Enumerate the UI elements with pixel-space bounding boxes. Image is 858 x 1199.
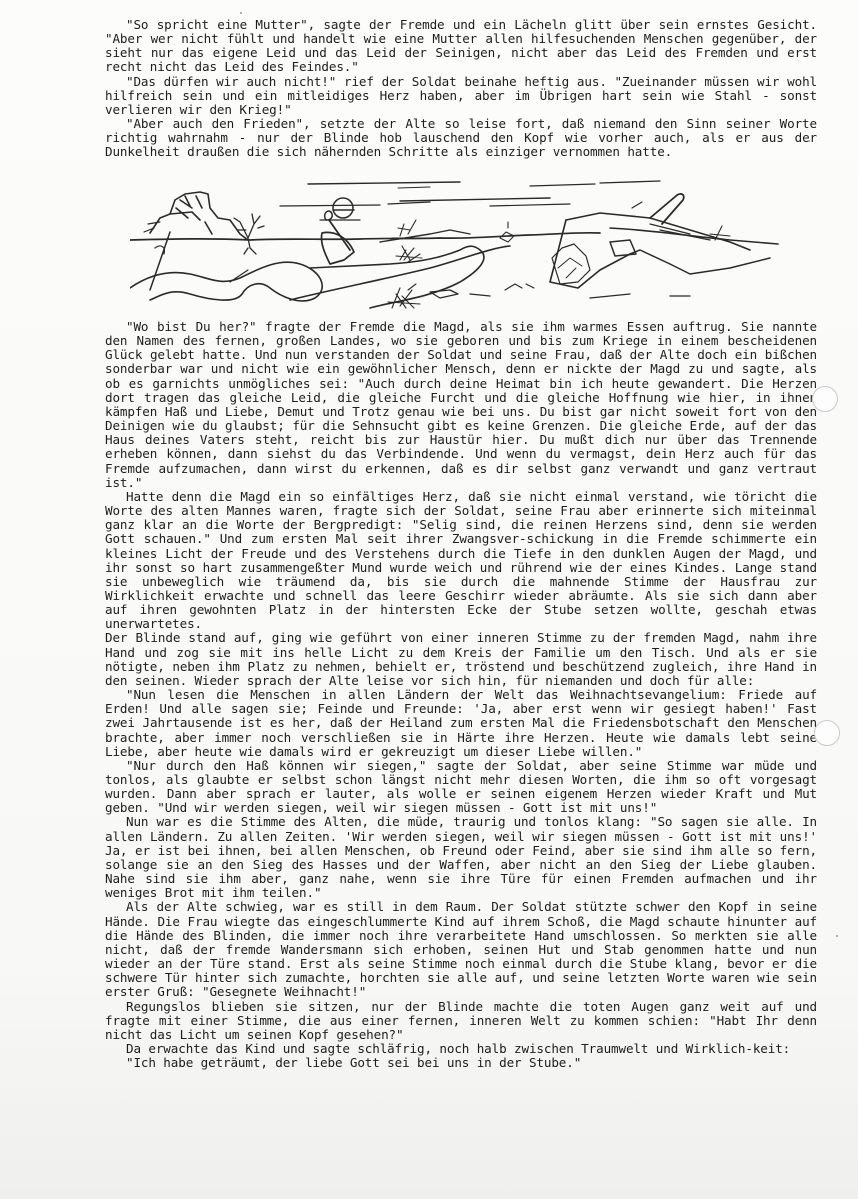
scanned-page: "So spricht eine Mutter", sagte der Frem…: [0, 0, 858, 1199]
paragraph: Hatte denn die Magd ein so einfältiges H…: [105, 490, 817, 632]
punch-hole: [812, 386, 838, 412]
paragraph: "Ich habe geträumt, der liebe Gott sei b…: [105, 1056, 817, 1070]
paragraph: Als der Alte schwieg, war es still in de…: [105, 900, 817, 999]
paragraph: "Nun lesen die Menschen in allen Ländern…: [105, 688, 817, 759]
paragraph: Da erwachte das Kind und sagte schläfrig…: [105, 1042, 817, 1056]
text-block-top: "So spricht eine Mutter", sagte der Frem…: [105, 18, 817, 160]
landscape-illustration: [130, 178, 780, 318]
paragraph: Der Blinde stand auf, ging wie geführt v…: [105, 631, 817, 688]
paragraph: "Nur durch den Haß können wir siegen," s…: [105, 759, 817, 816]
paragraph: "Wo bist Du her?" fragte der Fremde die …: [105, 320, 817, 490]
paragraph: "Aber auch den Frieden", setzte der Alte…: [105, 117, 817, 159]
paragraph: "So spricht eine Mutter", sagte der Frem…: [105, 18, 817, 75]
paragraph: Regungslos blieben sie sitzen, nur der B…: [105, 1000, 817, 1042]
paragraph: "Das dürfen wir auch nicht!" rief der So…: [105, 75, 817, 117]
scan-speck: [808, 140, 810, 142]
punch-hole: [814, 720, 840, 746]
paragraph: Nun war es die Stimme des Alten, die müd…: [105, 815, 817, 900]
text-block-main: "Wo bist Du her?" fragte der Fremde die …: [105, 320, 817, 1070]
scan-speck: [240, 12, 242, 14]
scan-speck: [836, 935, 838, 937]
